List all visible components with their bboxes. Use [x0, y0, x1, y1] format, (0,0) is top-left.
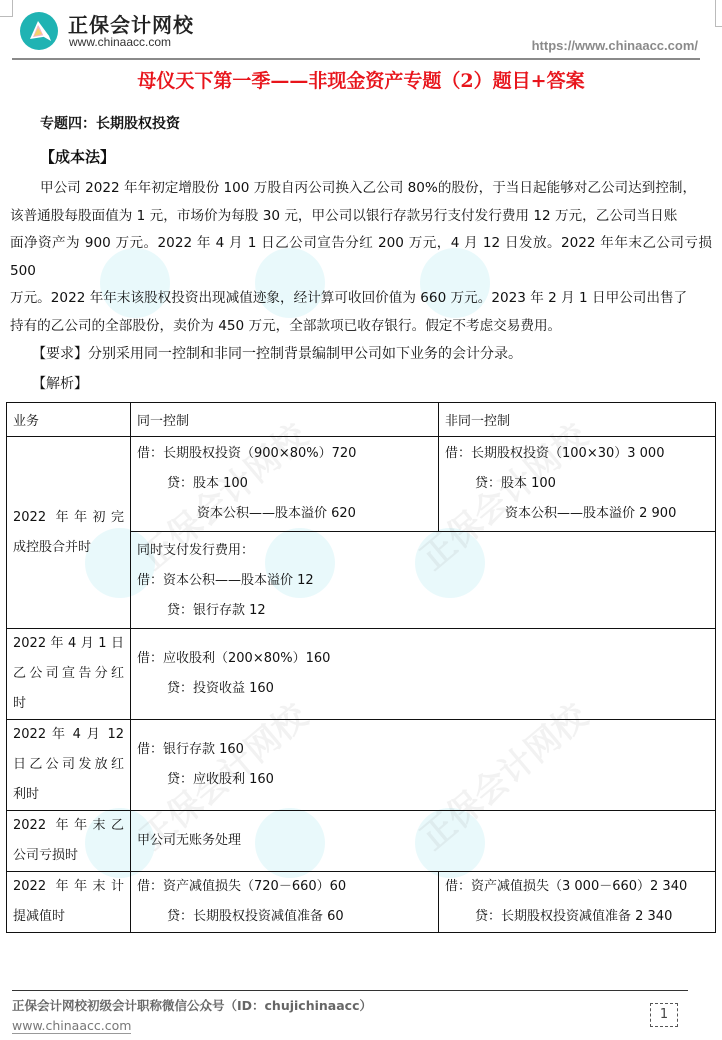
paragraph-line: 持有的乙公司的全部股份，卖价为 450 万元，全部款项已收存银行。假定不考虑交易…	[10, 313, 712, 341]
business-line: 2022年4月1日	[13, 629, 124, 659]
business-cell: 2022 年年末计 提减值时	[7, 872, 131, 933]
method-heading: 【成本法】	[40, 146, 115, 167]
non-same-control-cell: 借：长期股权投资（100×30）3 000 贷：股本 100 资本公积——股本溢…	[439, 437, 716, 532]
paragraph-line: 面净资产为 900 万元。2022 年 4 月 1 日乙公司宣告分红 200 万…	[10, 230, 712, 285]
table-header-row: 业务 同一控制 非同一控制	[7, 403, 716, 437]
entry-line: 贷：股本 100	[137, 469, 432, 499]
business-line: 公司亏损时	[13, 841, 124, 871]
business-cell: 2022年4月1日 乙公司宣告分红 时	[7, 629, 131, 720]
footer-wechat-text: 正保会计网校初级会计职称微信公众号（ID：chujichinaacc）	[12, 996, 372, 1014]
footer-divider	[12, 990, 688, 991]
topic-heading: 专题四：长期股权投资	[40, 113, 180, 133]
page-number: 1	[650, 1003, 678, 1027]
business-cell: 2022 年年初完 成控股合并时	[7, 437, 131, 629]
non-same-control-cell: 借：资产减值损失（3 000－660）2 340 贷：长期股权投资减值准备 2 …	[439, 872, 716, 933]
journal-entry-table: 业务 同一控制 非同一控制 2022 年年初完 成控股合并时 借：长期股权投资（…	[6, 402, 716, 933]
business-line: 2022 年年末计	[13, 872, 124, 902]
business-line: 日乙公司发放红	[13, 750, 124, 780]
table-row: 2022 年年初完 成控股合并时 借：长期股权投资（900×80%）720 贷：…	[7, 437, 716, 532]
business-line: 时	[13, 689, 124, 719]
header-business: 业务	[7, 403, 131, 437]
table-row: 2022年4月1日 乙公司宣告分红 时 借：应收股利（200×80%）160 贷…	[7, 629, 716, 720]
business-cell: 2022 年年末乙 公司亏损时	[7, 811, 131, 872]
header-divider	[12, 58, 700, 60]
entry-line: 贷：股本 100	[445, 469, 709, 499]
table-row: 2022 年 4 月 12 日乙公司发放红 利时 借：银行存款 160 贷：应收…	[7, 720, 716, 811]
header-same-control: 同一控制	[131, 403, 439, 437]
entry-line: 借：长期股权投资（900×80%）720	[137, 439, 432, 469]
entry-line: 甲公司无账务处理	[137, 826, 709, 856]
entry-line: 资本公积——股本溢价 620	[137, 499, 432, 529]
shared-entry-cell: 借：应收股利（200×80%）160 贷：投资收益 160	[131, 629, 716, 720]
page-corner-mark	[0, 0, 13, 17]
footer-url-link[interactable]: www.chinaacc.com	[12, 1019, 131, 1034]
table-row: 2022 年年末计 提减值时 借：资产减值损失（720－660）60 贷：长期股…	[7, 872, 716, 933]
analysis-label: 【解析】	[32, 373, 88, 393]
shared-entry-cell: 借：银行存款 160 贷：应收股利 160	[131, 720, 716, 811]
business-line: 成控股合并时	[13, 533, 124, 563]
shared-entry-cell: 同时支付发行费用： 借：资本公积——股本溢价 12 贷：银行存款 12	[131, 532, 716, 629]
document-title: 母仪天下第一季——非现金资产专题（2）题目+答案	[0, 66, 722, 93]
entry-line: 贷：应收股利 160	[137, 765, 709, 795]
header-non-same-control: 非同一控制	[439, 403, 716, 437]
same-control-cell: 借：长期股权投资（900×80%）720 贷：股本 100 资本公积——股本溢价…	[131, 437, 439, 532]
entry-line: 借：资本公积——股本溢价 12	[137, 566, 709, 596]
entry-line: 借：资产减值损失（3 000－660）2 340	[445, 872, 709, 902]
same-control-cell: 借：资产减值损失（720－660）60 贷：长期股权投资减值准备 60	[131, 872, 439, 933]
entry-line: 借：银行存款 160	[137, 735, 709, 765]
entry-line: 资本公积——股本溢价 2 900	[445, 499, 709, 529]
business-cell: 2022 年 4 月 12 日乙公司发放红 利时	[7, 720, 131, 811]
paragraph-line: 万元。2022 年年末该股权投资出现减值迹象，经计算可收回价值为 660 万元。…	[10, 285, 712, 313]
business-line: 2022 年 4 月 12	[13, 720, 124, 750]
entry-line: 贷：长期股权投资减值准备 60	[137, 902, 432, 932]
shared-entry-cell: 甲公司无账务处理	[131, 811, 716, 872]
brand-url[interactable]: www.chinaacc.com	[69, 35, 171, 49]
business-line: 2022 年年初完	[13, 503, 124, 533]
entry-line: 同时支付发行费用：	[137, 536, 709, 566]
entry-line: 贷：投资收益 160	[137, 674, 709, 704]
business-line: 提减值时	[13, 902, 124, 932]
business-line: 乙公司宣告分红	[13, 659, 124, 689]
paragraph-line: 甲公司 2022 年年初定增股份 100 万股自丙公司换入乙公司 80%的股份，…	[10, 175, 712, 203]
business-line: 利时	[13, 780, 124, 810]
business-line: 2022 年年末乙	[13, 811, 124, 841]
chinaacc-logo-icon	[20, 12, 58, 50]
entry-line: 借：长期股权投资（100×30）3 000	[445, 439, 709, 469]
page-corner-mark	[715, 0, 722, 27]
entry-line: 借：应收股利（200×80%）160	[137, 644, 709, 674]
table-row: 2022 年年末乙 公司亏损时 甲公司无账务处理	[7, 811, 716, 872]
requirement-text: 【要求】分别采用同一控制和非同一控制背景编制甲公司如下业务的会计分录。	[32, 343, 522, 363]
paragraph-line: 该普通股每股面值为 1 元，市场价为每股 30 元，甲公司以银行存款另行支付发行…	[10, 203, 712, 231]
entry-line: 贷：长期股权投资减值准备 2 340	[445, 902, 709, 932]
problem-paragraph: 甲公司 2022 年年初定增股份 100 万股自丙公司换入乙公司 80%的股份，…	[10, 175, 712, 340]
brand-name: 正保会计网校	[68, 9, 194, 38]
entry-line: 借：资产减值损失（720－660）60	[137, 872, 432, 902]
entry-line: 贷：银行存款 12	[137, 596, 709, 626]
site-url-link[interactable]: https://www.chinaacc.com/	[532, 38, 698, 53]
